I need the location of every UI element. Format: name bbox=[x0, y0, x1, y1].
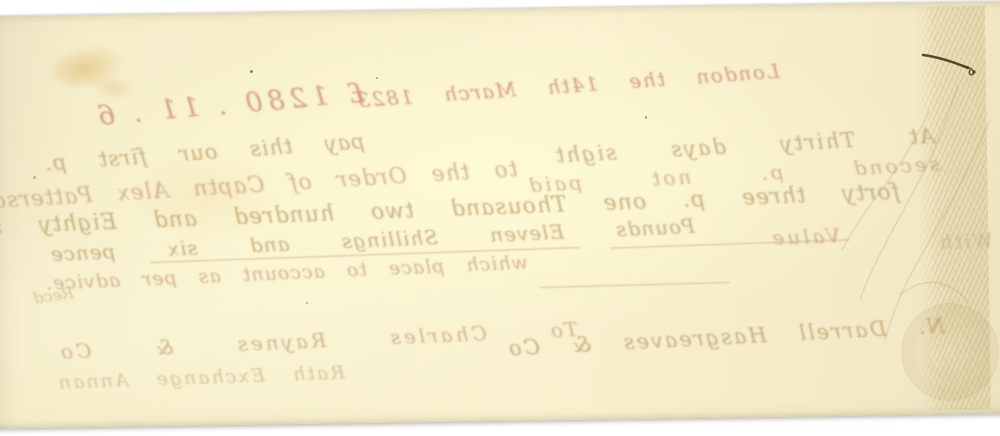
ink-scratch-mark bbox=[916, 42, 996, 87]
ink-speck bbox=[645, 116, 647, 119]
ink-speck bbox=[376, 77, 378, 79]
check-back-scan: London the 14th March 1823 £ 1280 . 11 .… bbox=[0, 0, 1000, 436]
ink-speck bbox=[306, 302, 308, 304]
ink-speck bbox=[250, 70, 253, 73]
ink-speck bbox=[33, 176, 36, 179]
stain-mark bbox=[130, 150, 280, 240]
